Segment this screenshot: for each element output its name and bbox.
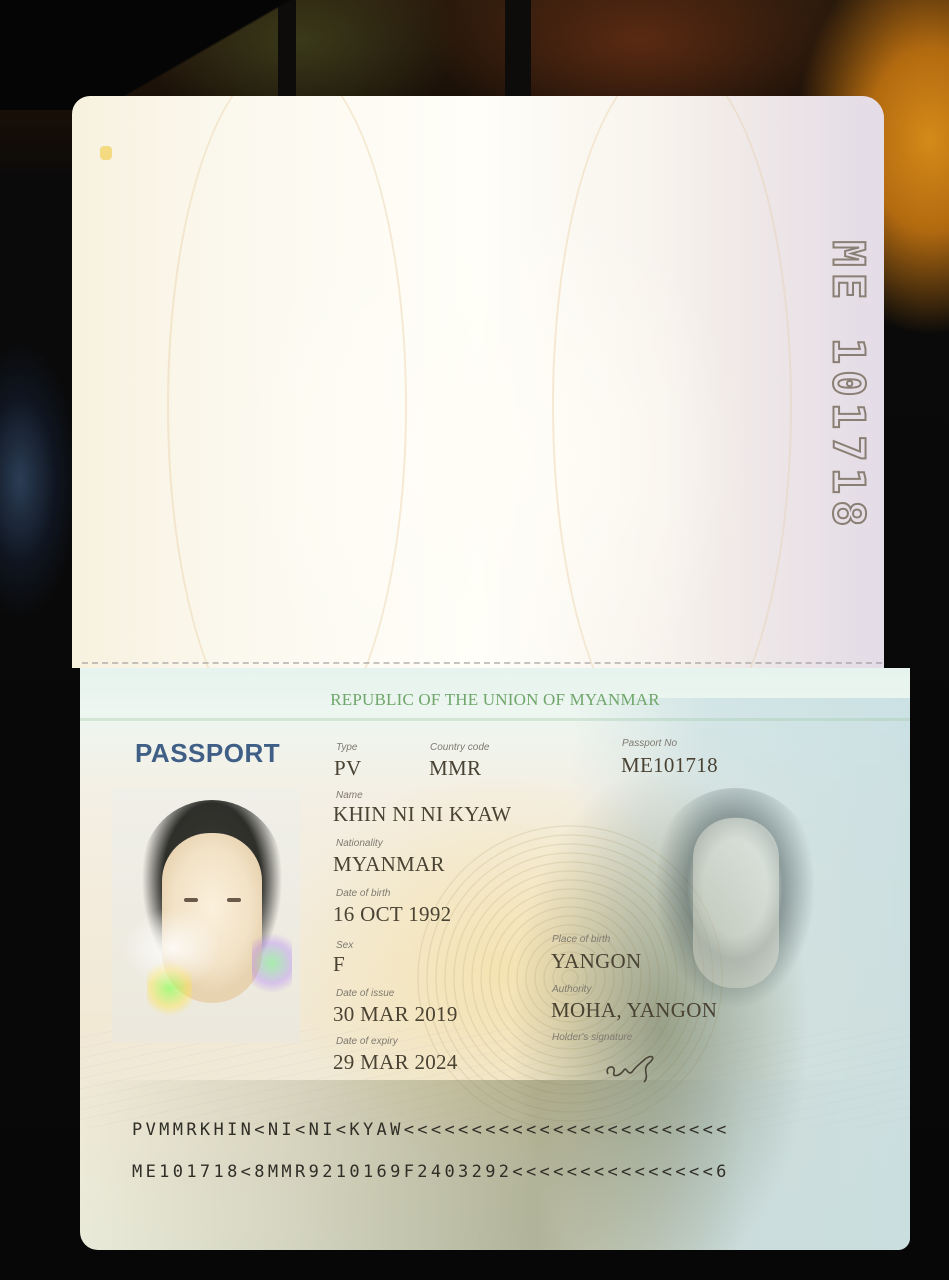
glare (122, 908, 222, 988)
date-of-expiry-value: 29 MAR 2024 (333, 1050, 458, 1075)
mrz-line-1: PVMMRKHIN<NI<NI<KYAW<<<<<<<<<<<<<<<<<<<<… (132, 1120, 730, 1140)
mrz-line-2: ME101718<8MMR9210169F2403292<<<<<<<<<<<<… (132, 1162, 730, 1182)
passport-no-value: ME101718 (621, 753, 718, 778)
place-of-birth-value: YANGON (551, 949, 641, 974)
signature-label: Holder's signature (552, 1032, 632, 1043)
sex-value: F (333, 952, 345, 977)
passport-data-page: REPUBLIC OF THE UNION OF MYANMAR PASSPOR… (80, 668, 910, 1250)
place-of-birth-label: Place of birth (552, 934, 610, 945)
background-detail (505, 0, 531, 100)
issuer-heading: REPUBLIC OF THE UNION OF MYANMAR (80, 690, 910, 710)
document-title: PASSPORT (135, 738, 280, 769)
ghost-image (655, 788, 815, 1023)
passport-upper-page: ME 101718 (72, 96, 884, 668)
security-pattern (167, 96, 407, 668)
background-detail (0, 0, 290, 110)
page-mark-icon (100, 146, 112, 160)
authority-value: MOHA, YANGON (551, 998, 717, 1023)
dob-label: Date of birth (336, 888, 390, 899)
nationality-value: MYANMAR (333, 852, 445, 877)
ghost-face (693, 818, 779, 988)
name-value: KHIN NI NI KYAW (333, 802, 511, 827)
date-of-issue-value: 30 MAR 2019 (333, 1002, 458, 1027)
perforated-number-text: ME 101718 (823, 240, 874, 532)
name-label: Name (336, 790, 363, 801)
country-code-label: Country code (430, 742, 489, 753)
holder-signature (600, 1046, 670, 1086)
date-of-issue-label: Date of issue (336, 988, 394, 999)
header-band (80, 718, 910, 721)
nationality-label: Nationality (336, 838, 383, 849)
photo-eye (227, 898, 241, 902)
hologram (252, 928, 292, 998)
holder-photo (112, 788, 300, 1043)
date-of-expiry-label: Date of expiry (336, 1036, 398, 1047)
type-label: Type (336, 742, 358, 753)
authority-label: Authority (552, 984, 591, 995)
photo-eye (184, 898, 198, 902)
dob-value: 16 OCT 1992 (333, 902, 451, 927)
type-value: PV (334, 756, 361, 781)
country-code-value: MMR (429, 756, 481, 781)
perforated-passport-number: ME 101718 (818, 176, 878, 596)
passport-no-label: Passport No (622, 738, 677, 749)
sex-label: Sex (336, 940, 353, 951)
